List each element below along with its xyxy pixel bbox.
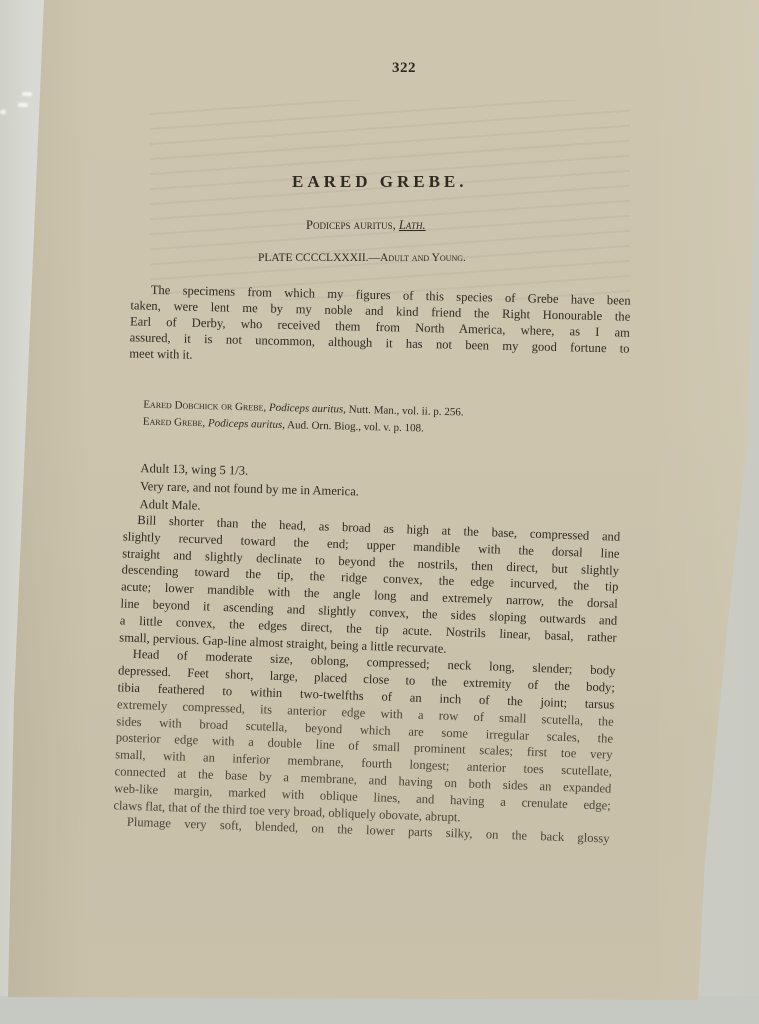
page-title: EARED GREBE. [292, 172, 468, 192]
citation-latin-name: Podiceps auritus, [269, 402, 346, 416]
book-page: 322 EARED GREBE. Podiceps auritus, Lath.… [0, 0, 759, 1024]
scientific-name: Podiceps auritus, Lath. [306, 218, 426, 233]
species-name: Podiceps auritus, [306, 218, 396, 232]
citation-reference: Aud. Orn. Biog., vol. v. p. 108. [287, 419, 424, 434]
plate-caption: PLATE CCCCLXXXII.—Adult and Young. [258, 252, 466, 264]
intro-paragraph: The specimens from which my figures of t… [129, 281, 631, 372]
table-edge [0, 996, 759, 1024]
citation-common-name: Eared Dobchick or Grebe, [143, 399, 266, 414]
citation-reference: Nutt. Man., vol. ii. p. 256. [349, 404, 464, 419]
page-number: 322 [392, 60, 416, 77]
description-text: Bill shorter than the head, as broad as … [113, 511, 621, 847]
measurements: Adult 13, wing 5 1/3. Very rare, and not… [139, 459, 460, 521]
citation-latin-name: Podiceps auritus, [208, 417, 285, 431]
light-reflection [0, 110, 6, 114]
light-reflection [18, 103, 28, 107]
plate-number: PLATE CCCCLXXXII.— [258, 252, 380, 264]
plate-description: Adult and Young. [380, 252, 466, 264]
species-authority: Lath. [399, 218, 426, 232]
light-reflection [22, 92, 32, 96]
citation-common-name: Eared Grebe, [143, 416, 206, 430]
